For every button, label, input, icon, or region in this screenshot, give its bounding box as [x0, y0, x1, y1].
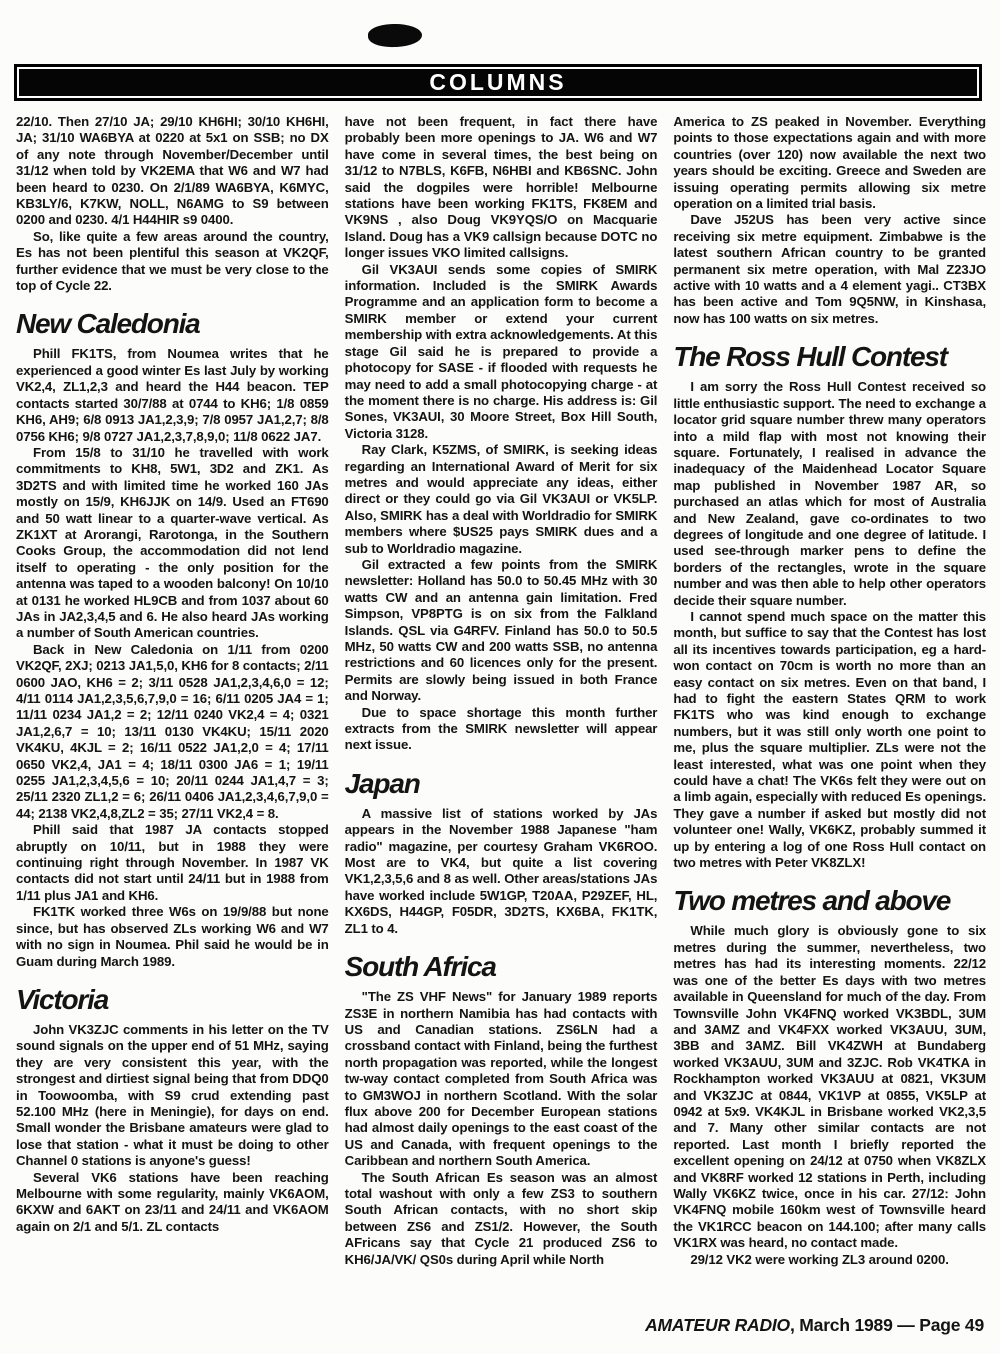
paragraph: I cannot spend much space on the matter … — [673, 609, 986, 872]
paragraph: Gil VK3AUI sends some copies of SMIRK in… — [345, 262, 658, 442]
paragraph: "The ZS VHF News" for January 1989 repor… — [345, 989, 658, 1169]
magazine-page: COLUMNS 22/10. Then 27/10 JA; 29/10 KH6H… — [0, 0, 1000, 1354]
page-title: COLUMNS — [429, 69, 566, 95]
paragraph: While much glory is obviously gone to si… — [673, 923, 986, 1251]
columns-header-box: COLUMNS — [14, 64, 982, 101]
column-left: 22/10. Then 27/10 JA; 29/10 KH6HI; 30/10… — [16, 114, 329, 1268]
paragraph: FK1TK worked three W6s on 19/9/88 but no… — [16, 904, 329, 970]
paragraph: Dave J52US has been very active since re… — [673, 212, 986, 327]
paragraph: America to ZS peaked in November. Everyt… — [673, 114, 986, 212]
column-middle: have not been frequent, in fact there ha… — [345, 114, 658, 1268]
paragraph: Phill FK1TS, from Noumea writes that he … — [16, 346, 329, 444]
paragraph: Ray Clark, K5ZMS, of SMIRK, is seeking i… — [345, 442, 658, 557]
section-heading: South Africa — [345, 952, 658, 982]
section-heading: Two metres and above — [673, 886, 986, 916]
section-heading: The Ross Hull Contest — [673, 342, 986, 372]
columns-header-bar: COLUMNS — [19, 69, 977, 96]
paragraph: 29/12 VK2 were working ZL3 around 0200. — [673, 1252, 986, 1268]
paragraph: Phill said that 1987 JA contacts stopped… — [16, 822, 329, 904]
section-heading: New Caledonia — [16, 309, 329, 339]
footer-issue-and-page: , March 1989 — Page 49 — [790, 1315, 984, 1335]
paragraph: From 15/8 to 31/10 he travelled with wor… — [16, 445, 329, 642]
magazine-title: AMATEUR RADIO — [645, 1315, 790, 1335]
paragraph: Several VK6 stations have been reaching … — [16, 1170, 329, 1236]
paragraph: Due to space shortage this month further… — [345, 705, 658, 754]
article-content: 22/10. Then 27/10 JA; 29/10 KH6HI; 30/10… — [16, 114, 986, 1268]
paragraph: Gil extracted a few points from the SMIR… — [345, 557, 658, 705]
paragraph: A massive list of stations worked by JAs… — [345, 806, 658, 937]
page-footer: AMATEUR RADIO, March 1989 — Page 49 — [645, 1315, 984, 1336]
paragraph: have not been frequent, in fact there ha… — [345, 114, 658, 262]
paragraph: Back in New Caledonia on 1/11 from 0200 … — [16, 642, 329, 822]
paragraph: 22/10. Then 27/10 JA; 29/10 KH6HI; 30/10… — [16, 114, 329, 229]
section-heading: Victoria — [16, 985, 329, 1015]
paragraph: John VK3ZJC comments in his letter on th… — [16, 1022, 329, 1170]
paragraph: So, like quite a few areas around the co… — [16, 229, 329, 295]
section-heading: Japan — [345, 769, 658, 799]
paragraph: The South African Es season was an almos… — [345, 1170, 658, 1268]
column-right: America to ZS peaked in November. Everyt… — [673, 114, 986, 1268]
ink-blob-artifact — [368, 23, 423, 48]
paragraph: I am sorry the Ross Hull Contest receive… — [673, 379, 986, 609]
